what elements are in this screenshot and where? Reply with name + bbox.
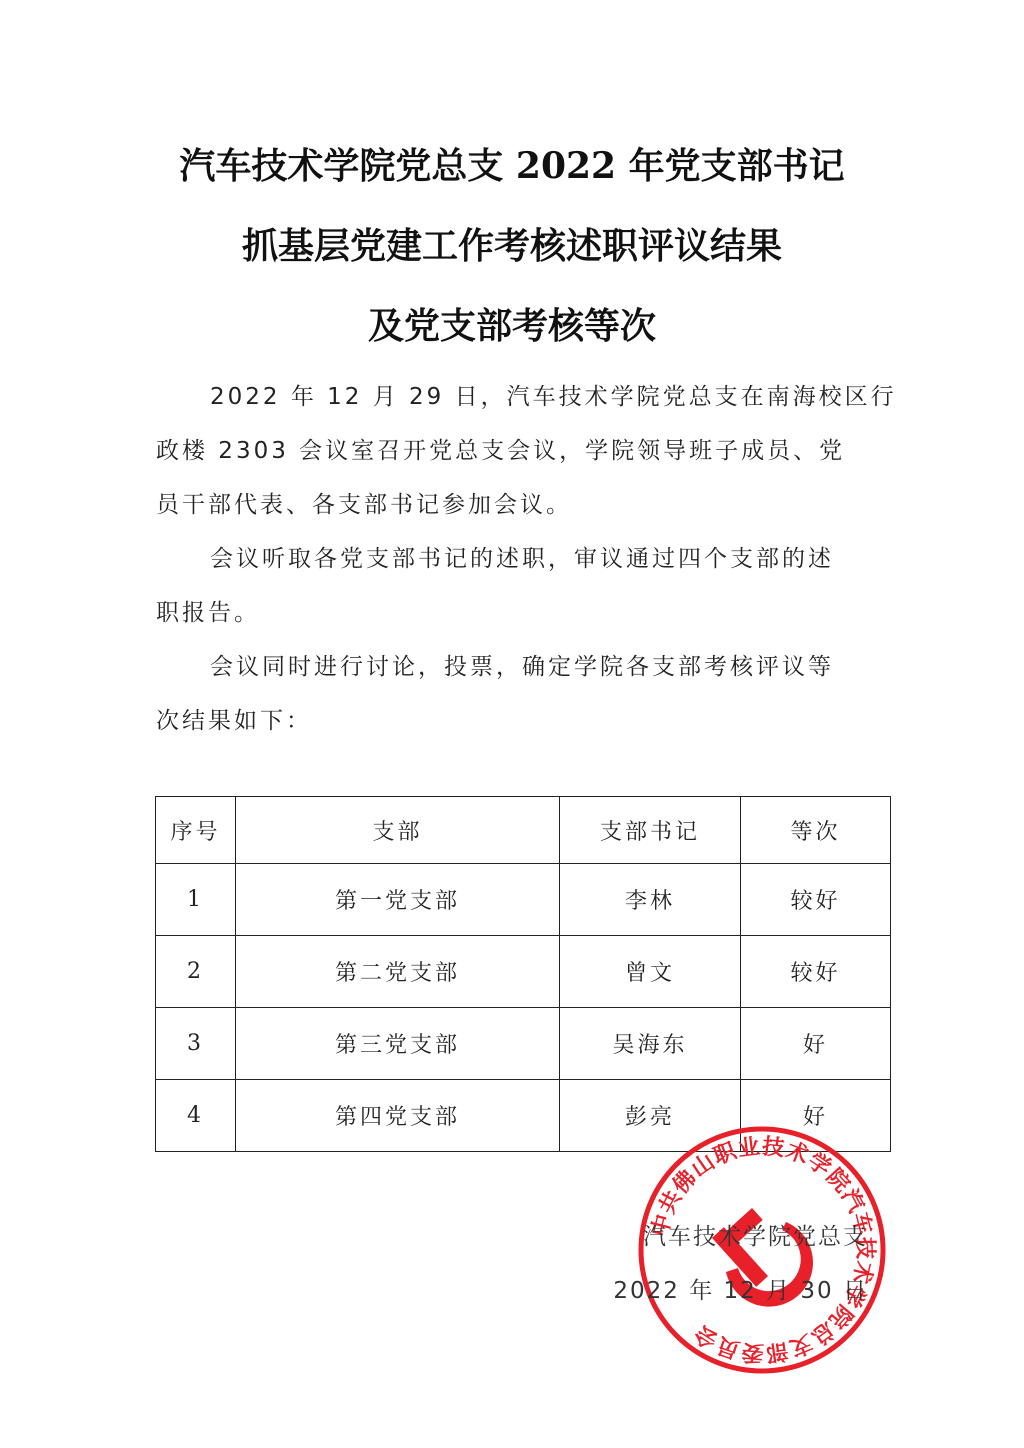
row-branch: 第二党支部 — [236, 936, 560, 1008]
table-row: 2 第二党支部 曾文 较好 — [156, 936, 891, 1008]
row-secretary: 吴海东 — [560, 1008, 741, 1080]
row-index: 1 — [156, 864, 236, 936]
results-table: 序号 支部 支部书记 等次 1 第一党支部 李林 较好 2 第二党支部 曾文 较… — [155, 796, 891, 1152]
row-secretary: 曾文 — [560, 936, 741, 1008]
title-line-3: 及党支部考核等次 — [0, 298, 1024, 349]
header-secretary: 支部书记 — [560, 797, 741, 864]
row-grade: 好 — [741, 1008, 891, 1080]
paragraph-1-line-1: 2022 年 12 月 29 日，汽车技术学院党总支在南海校区行 — [210, 378, 930, 411]
header-index: 序号 — [156, 797, 236, 864]
title-line-1: 汽车技术学院党总支 2022 年党支部书记 — [0, 138, 1024, 189]
signature-date: 2022 年 12 月 30 日 — [613, 1272, 868, 1305]
title-line-2: 抓基层党建工作考核述职评议结果 — [0, 218, 1024, 269]
paragraph-3-line-1: 会议同时进行讨论，投票，确定学院各支部考核评议等 — [210, 648, 930, 681]
paragraph-1-line-2: 政楼 2303 会议室召开党总支会议，学院领导班子成员、党 — [156, 432, 876, 465]
row-branch: 第一党支部 — [236, 864, 560, 936]
paragraph-3-line-2: 次结果如下： — [156, 702, 876, 735]
row-branch: 第三党支部 — [236, 1008, 560, 1080]
table-row: 3 第三党支部 吴海东 好 — [156, 1008, 891, 1080]
row-branch: 第四党支部 — [236, 1080, 560, 1152]
paragraph-2-line-2: 职报告。 — [156, 594, 876, 627]
header-grade: 等次 — [741, 797, 891, 864]
paragraph-2-line-1: 会议听取各党支部书记的述职，审议通过四个支部的述 — [210, 540, 930, 573]
paragraph-1-line-3: 员干部代表、各支部书记参加会议。 — [156, 486, 876, 519]
table-row: 1 第一党支部 李林 较好 — [156, 864, 891, 936]
row-index: 2 — [156, 936, 236, 1008]
signature-organization: 汽车技术学院党总支 — [643, 1218, 868, 1251]
header-branch: 支部 — [236, 797, 560, 864]
table-header-row: 序号 支部 支部书记 等次 — [156, 797, 891, 864]
row-grade: 较好 — [741, 864, 891, 936]
row-index: 3 — [156, 1008, 236, 1080]
row-index: 4 — [156, 1080, 236, 1152]
row-grade: 较好 — [741, 936, 891, 1008]
row-secretary: 李林 — [560, 864, 741, 936]
